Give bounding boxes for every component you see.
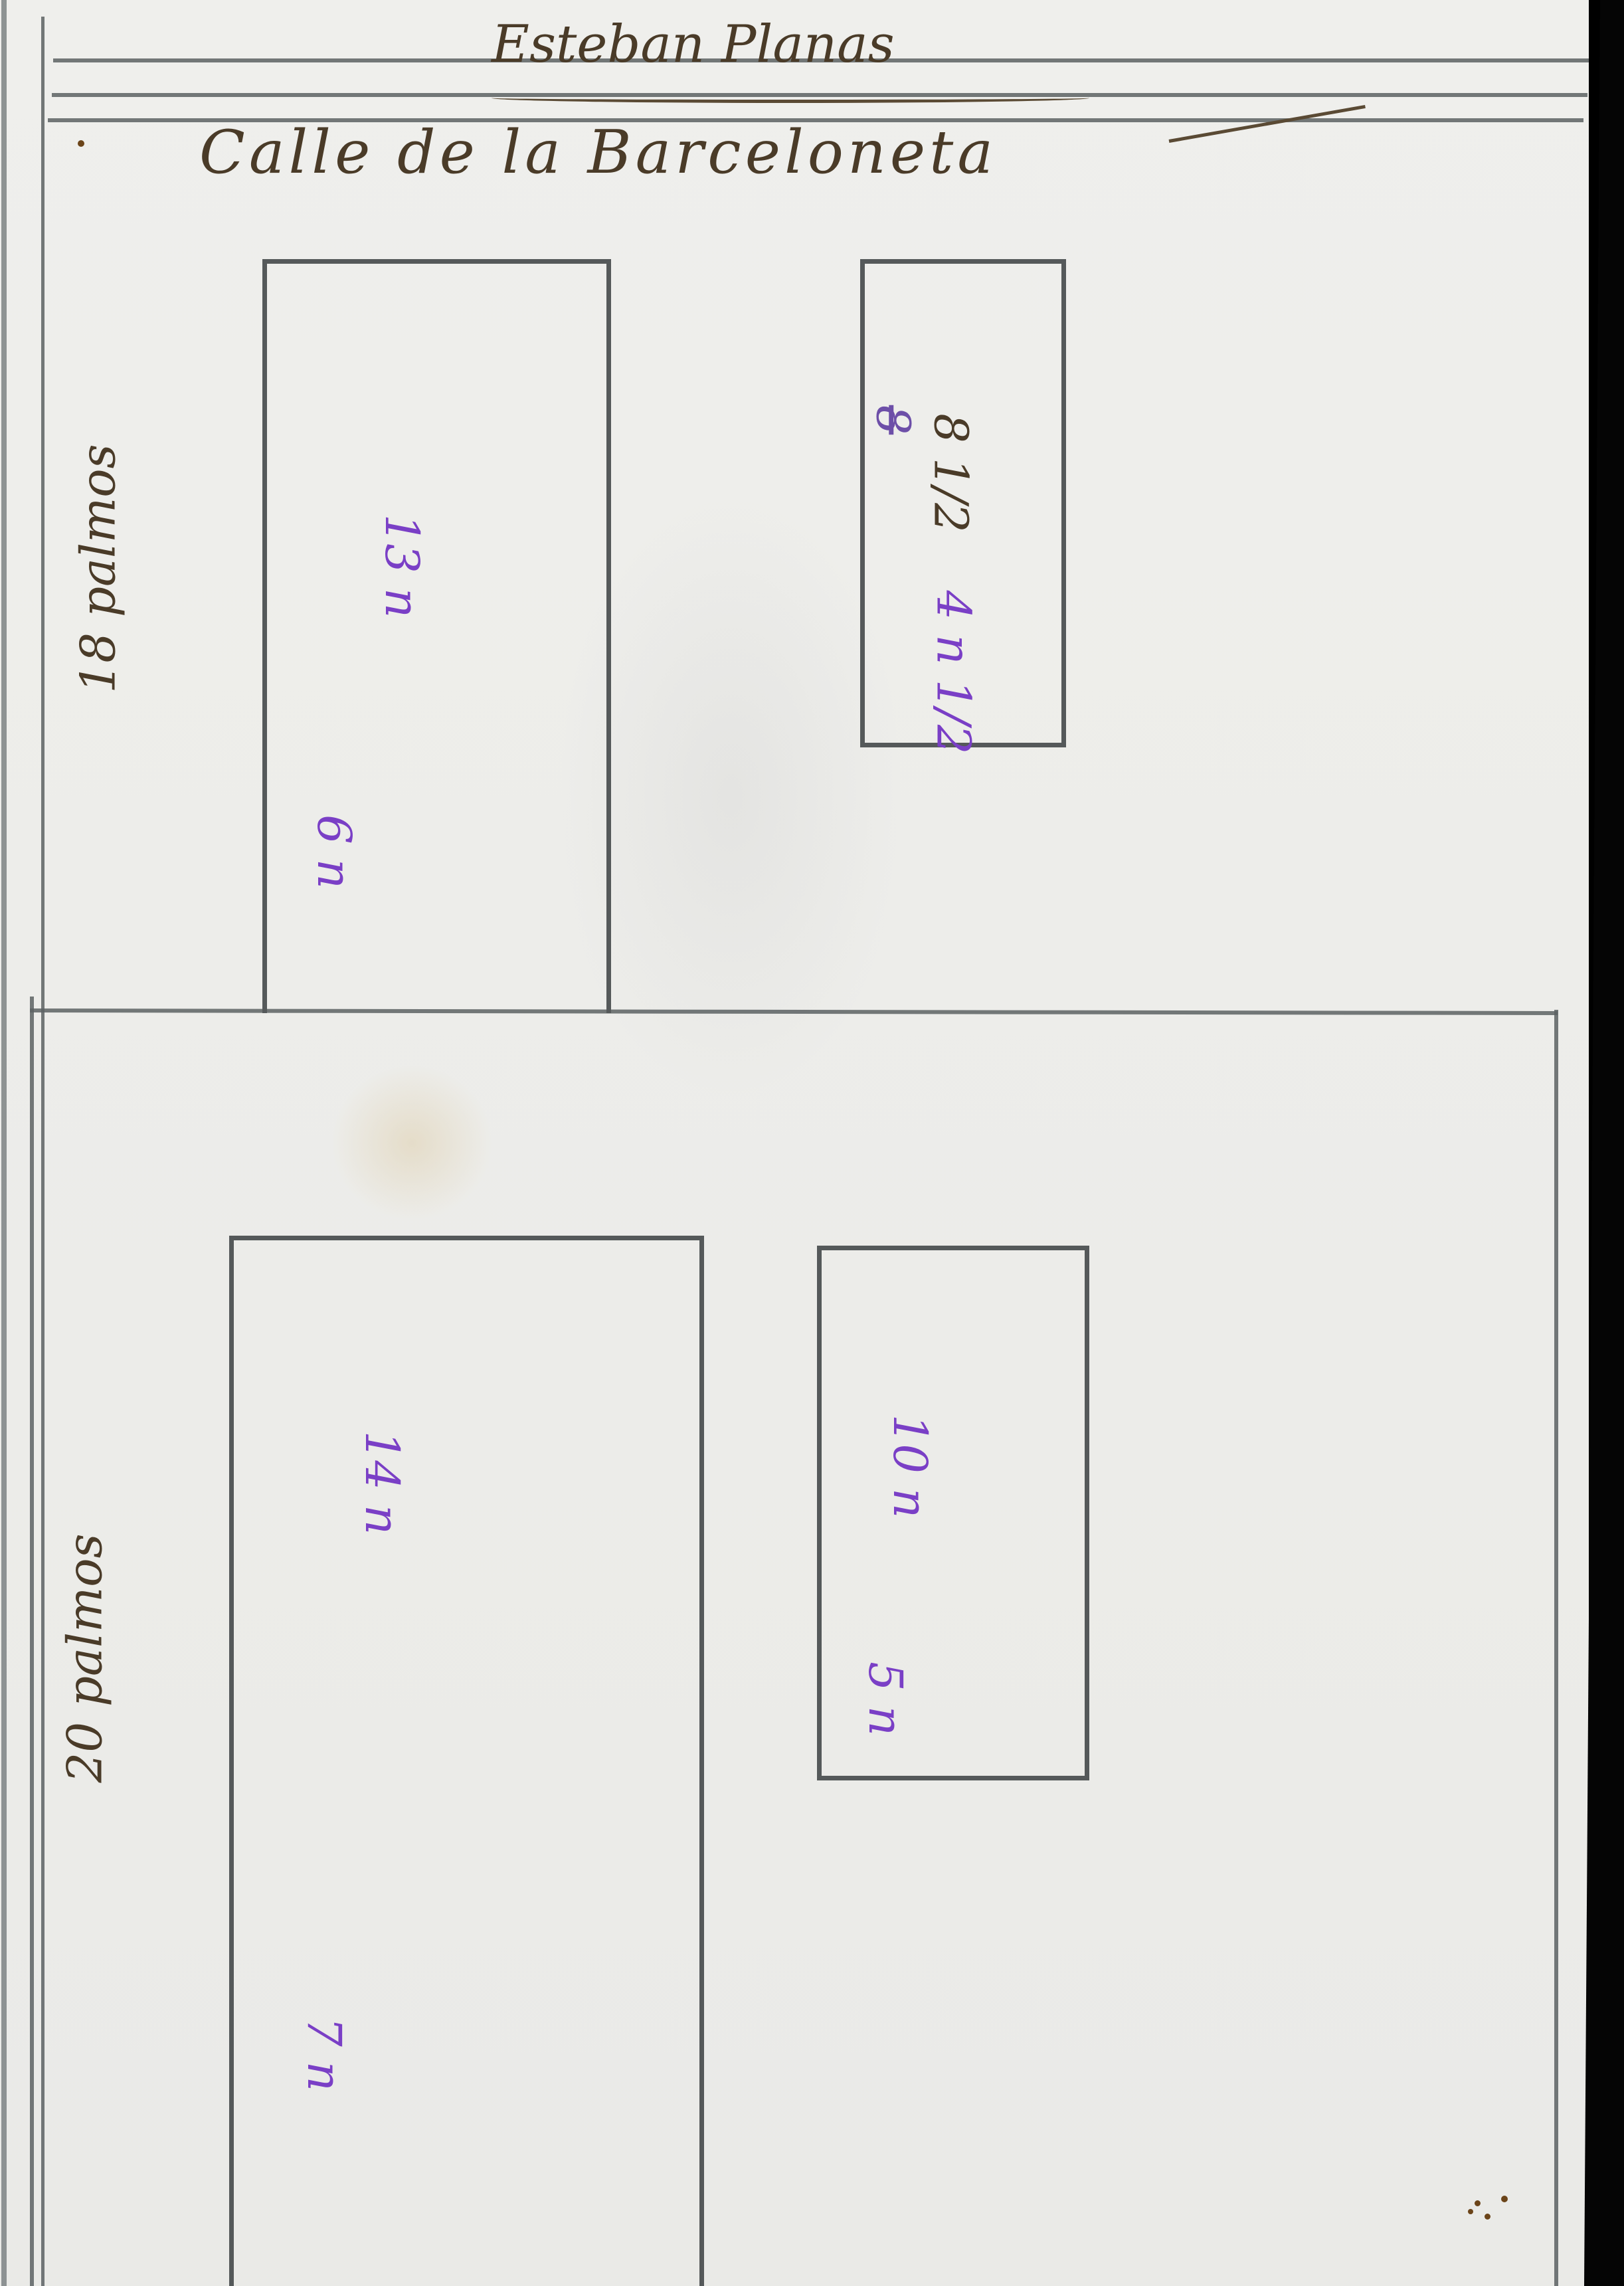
plot-upper-left-length: 13 n bbox=[379, 514, 425, 618]
ink-spot bbox=[1485, 2214, 1490, 2220]
plot-lower-right-length: 10 n bbox=[887, 1414, 933, 1518]
left-border-line bbox=[1, 0, 7, 2286]
owner-name: Esteban Planas bbox=[492, 19, 895, 70]
margin-line-inner bbox=[30, 997, 34, 2286]
margin-line-outer bbox=[41, 17, 45, 2286]
ink-spot bbox=[1475, 2200, 1481, 2206]
paper-sheet: Esteban Planas Calle de la Barceloneta 1… bbox=[0, 0, 1589, 2286]
street-name: Calle de la Barceloneta bbox=[199, 123, 997, 183]
right-border-line bbox=[1554, 1010, 1558, 2286]
lower-depth-label: 20 palmos bbox=[61, 1533, 109, 1782]
plot-upper-right-width: 4 n 1/2 bbox=[930, 591, 976, 755]
scan-background-edge bbox=[1584, 0, 1624, 2286]
plot-lower-right: 10 n 5 n bbox=[817, 1246, 1089, 1780]
street-flourish bbox=[1169, 105, 1366, 143]
ink-spot bbox=[78, 140, 84, 147]
plot-upper-right-length: 8 1/2 bbox=[928, 413, 974, 532]
plot-lower-left-length: 14 n bbox=[359, 1431, 405, 1535]
plot-upper-right: 8 8 1/2 4 n 1/2 bbox=[860, 259, 1066, 747]
plot-lower-left: 14 n 7 n bbox=[229, 1236, 704, 2286]
plot-lower-left-width: 7 n bbox=[301, 2017, 347, 2091]
plot-upper-left: 13 n 6 n bbox=[262, 259, 611, 1013]
upper-depth-label: 18 palmos bbox=[74, 444, 122, 693]
plot-upper-left-width: 6 n bbox=[311, 814, 357, 889]
section-divider-line bbox=[30, 1008, 1558, 1015]
ink-spot bbox=[1468, 2209, 1473, 2214]
ink-spot bbox=[1501, 2196, 1508, 2202]
plot-upper-right-struck-value: 8 bbox=[869, 405, 916, 435]
plot-lower-right-width: 5 n bbox=[862, 1662, 909, 1736]
title-flourish bbox=[492, 93, 1089, 103]
